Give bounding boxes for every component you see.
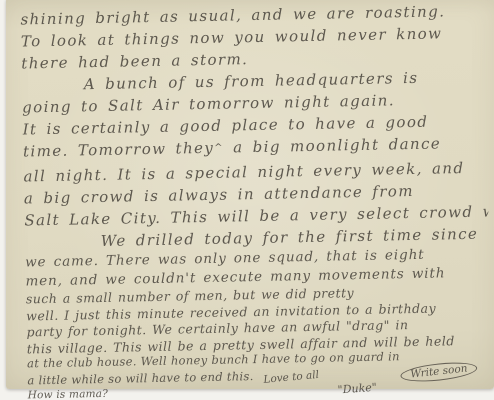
letter-body: shining bright as usual, and we are roas… xyxy=(20,0,491,400)
insertion-after-text: a big moonlight dance xyxy=(233,134,441,156)
insertion-before-text: time. Tomorrow they xyxy=(23,139,215,161)
postscript-question: How is mama? xyxy=(28,387,109,400)
letter-paper: shining bright as usual, and we are roas… xyxy=(6,0,494,389)
caret-mark: ^ xyxy=(214,138,224,160)
signature: "Duke" xyxy=(338,381,378,395)
